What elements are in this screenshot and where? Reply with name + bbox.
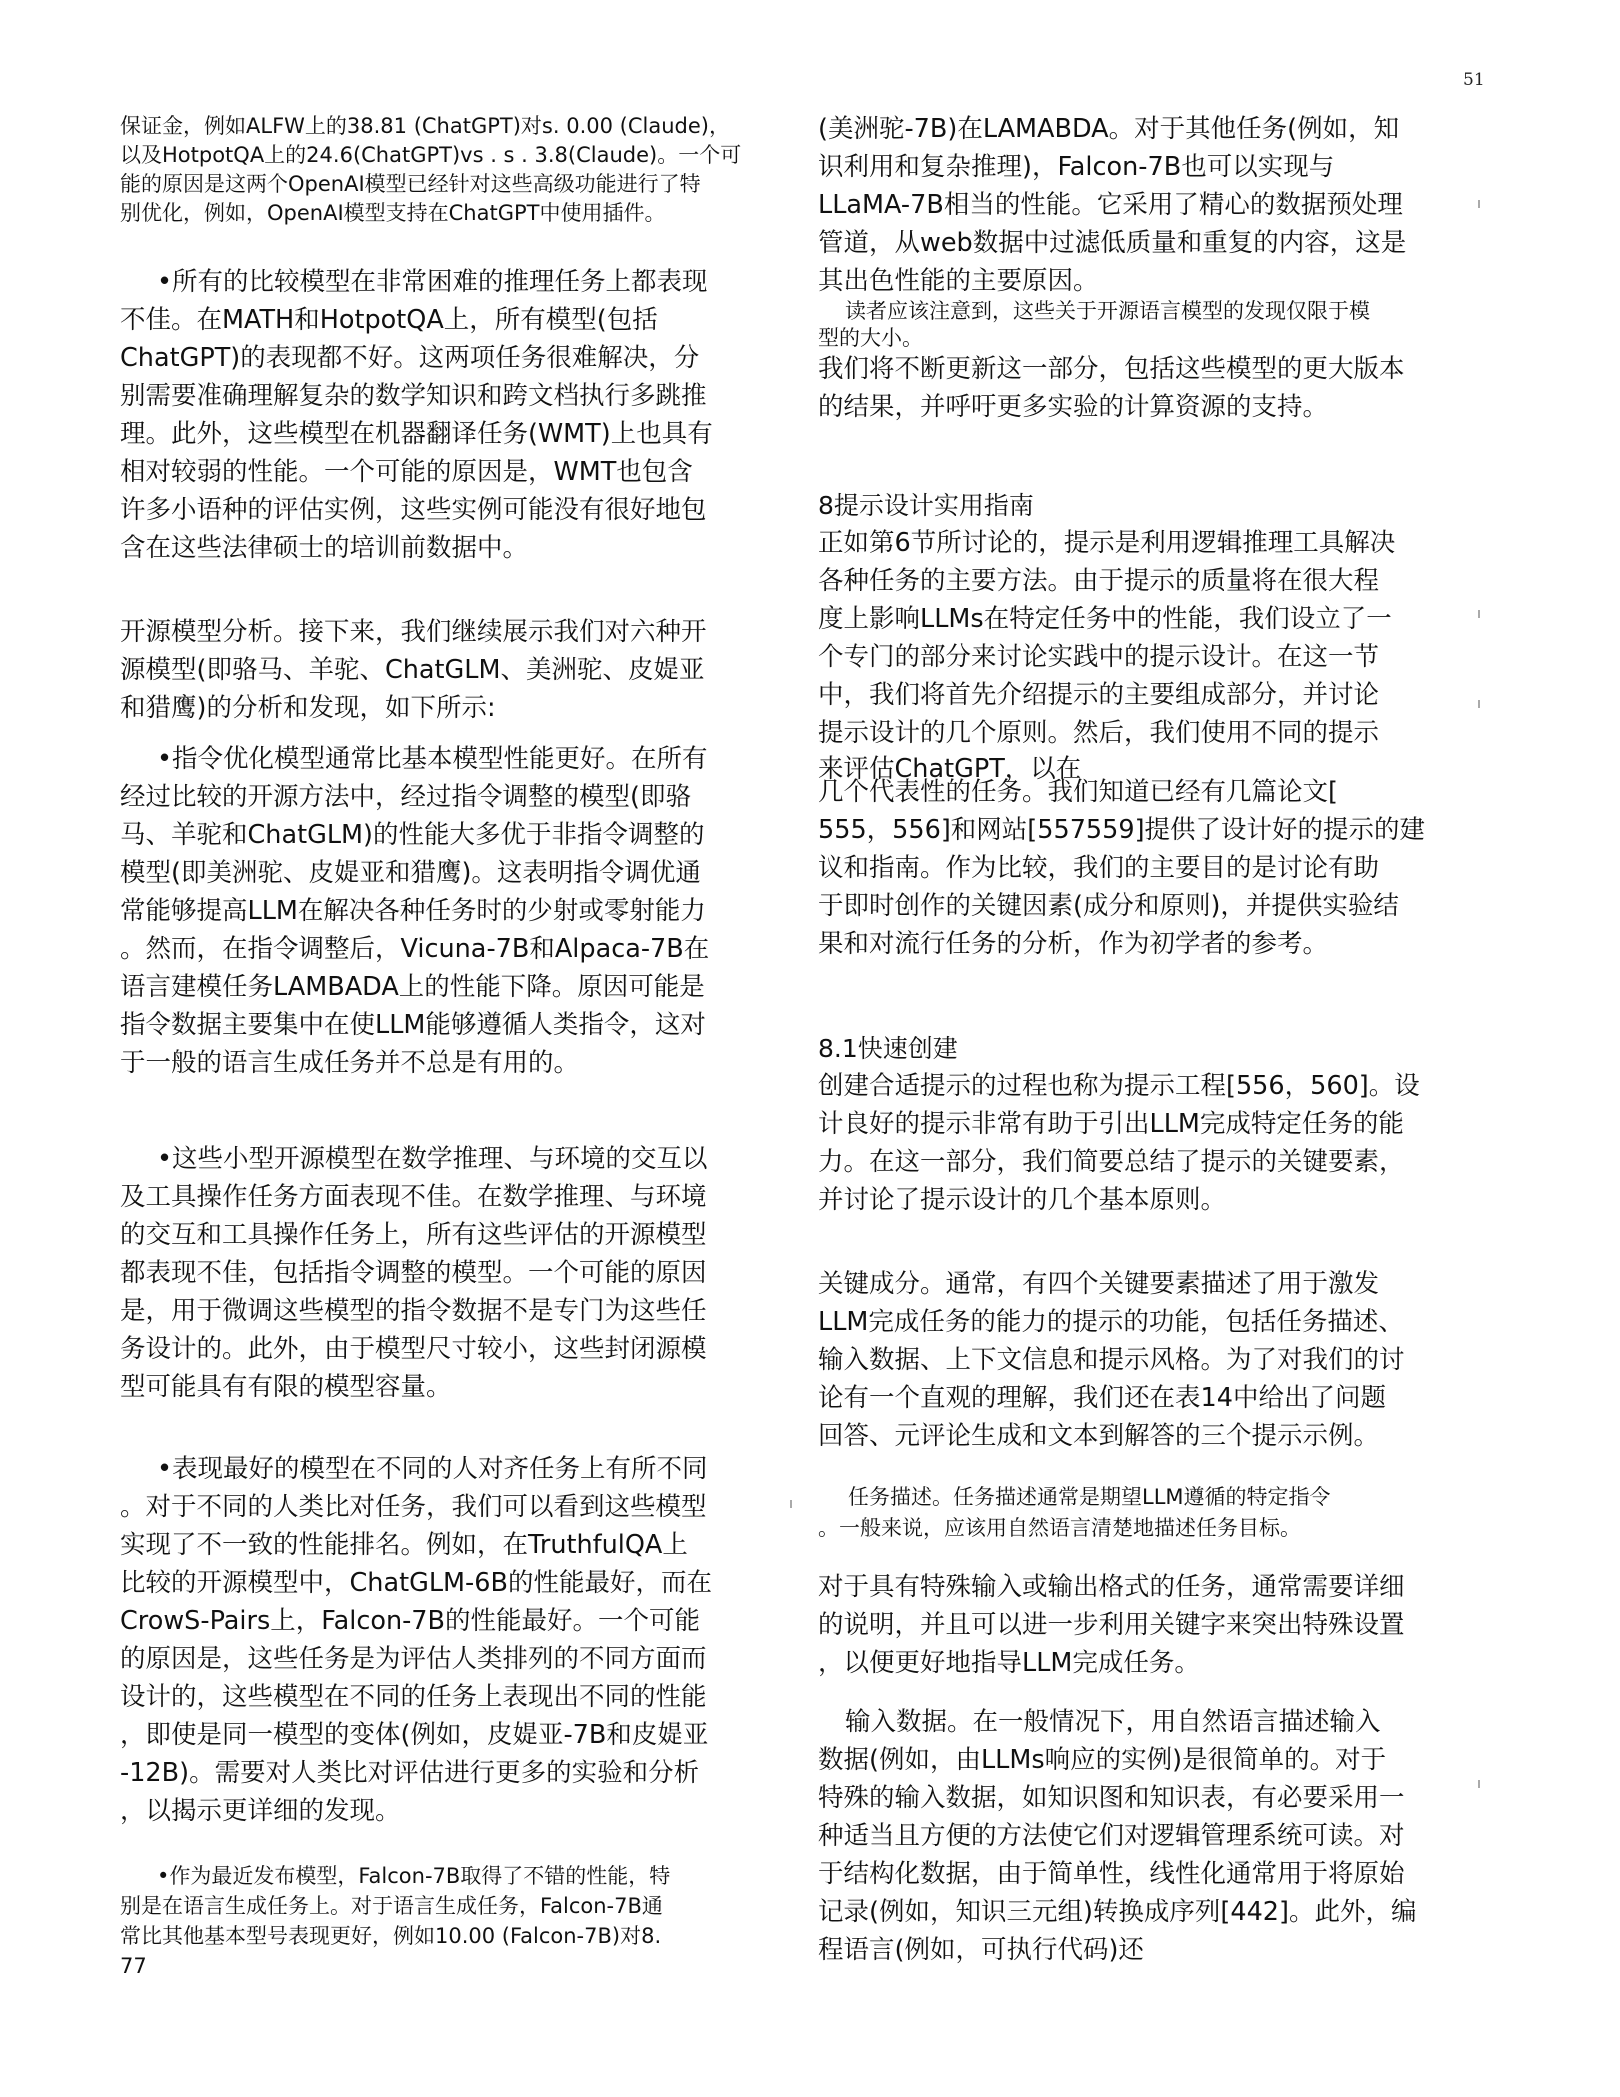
- text-line: 其出色性能的主要原因。: [818, 269, 1099, 295]
- text-line: 个专门的部分来讨论实践中的提示设计。在这一节: [818, 645, 1379, 671]
- text-line: 是，用于微调这些模型的指令数据不是专门为这些任: [120, 1299, 707, 1325]
- scan-artifact: [1478, 1780, 1480, 1788]
- text-line: 种适当且方便的方法使它们对逻辑管理系统可读。对: [818, 1824, 1405, 1850]
- text-line: 各种任务的主要方法。由于提示的质量将在很大程: [818, 569, 1379, 595]
- text-line: 常比其他基本型号表现更好，例如10.00 (Falcon-7B)对8.: [120, 1926, 661, 1947]
- text-line: 都表现不佳，包括指令调整的模型。一个可能的原因: [120, 1261, 707, 1287]
- text-line: •表现最好的模型在不同的人对齐任务上有所不同: [157, 1457, 708, 1483]
- text-line: ，以揭示更详细的发现。: [120, 1799, 401, 1825]
- text-line: 别需要准确理解复杂的数学知识和跨文档执行多跳推: [120, 384, 707, 410]
- text-line: 议和指南。作为比较，我们的主要目的是讨论有助: [818, 856, 1379, 882]
- scan-artifact: [1478, 200, 1480, 208]
- text-line: 实现了不一致的性能排名。例如，在TruthfulQA上: [120, 1533, 688, 1559]
- scan-artifact: [1478, 610, 1480, 618]
- text-line: 能的原因是这两个OpenAI模型已经针对这些高级功能进行了特: [120, 174, 701, 195]
- text-line: 。对于不同的人类比对任务，我们可以看到这些模型: [120, 1495, 707, 1521]
- section-heading: 8.1快速创建: [818, 1036, 958, 1061]
- text-line: 特殊的输入数据，如知识图和知识表，有必要采用一: [818, 1786, 1405, 1812]
- text-line: 相对较弱的性能。一个可能的原因是，WMT也包含: [120, 460, 693, 486]
- text-line: 。一般来说，应该用自然语言清楚地描述任务目标。: [818, 1518, 1301, 1539]
- text-line: 关键成分。通常，有四个关键要素描述了用于激发: [818, 1272, 1379, 1298]
- text-line: •所有的比较模型在非常困难的推理任务上都表现: [157, 270, 708, 296]
- text-line: 创建合适提示的过程也称为提示工程[556，560]。设: [818, 1074, 1420, 1100]
- text-line: 我们将不断更新这一部分，包括这些模型的更大版本: [818, 357, 1405, 383]
- text-line: 于结构化数据，由于简单性，线性化通常用于将原始: [818, 1862, 1405, 1888]
- text-line: 设计的，这些模型在不同的任务上表现出不同的性能: [120, 1685, 707, 1711]
- text-line: ，即使是同一模型的变体(例如，皮媞亚-7B和皮媞亚: [120, 1723, 708, 1749]
- text-line: •这些小型开源模型在数学推理、与环境的交互以: [157, 1147, 708, 1173]
- text-line: 输入数据、上下文信息和提示风格。为了对我们的讨: [818, 1348, 1405, 1374]
- text-line: 的原因是，这些任务是为评估人类排列的不同方面而: [120, 1647, 707, 1673]
- text-line: 含在这些法律硕士的培训前数据中。: [120, 536, 528, 562]
- scan-artifact: [1478, 700, 1480, 708]
- text-line: 开源模型分析。接下来，我们继续展示我们对六种开: [120, 620, 707, 646]
- text-line: 模型(即美洲驼、皮媞亚和猎鹰)。这表明指令调优通: [120, 861, 701, 887]
- page-number: 51: [1463, 70, 1485, 90]
- text-line: 管道，从web数据中过滤低质量和重复的内容，这是: [818, 231, 1406, 257]
- text-line: 程语言(例如，可执行代码)还: [818, 1938, 1144, 1964]
- text-line: LLaMA-7B相当的性能。它采用了精心的数据预处理: [818, 193, 1403, 219]
- text-line: 中，我们将首先介绍提示的主要组成部分，并讨论: [818, 683, 1379, 709]
- text-line: 及工具操作任务方面表现不佳。在数学推理、与环境: [120, 1185, 707, 1211]
- text-line: 常能够提高LLM在解决各种任务时的少射或零射能力: [120, 899, 706, 925]
- text-line: 于即时创作的关键因素(成分和原则)，并提供实验结: [818, 894, 1399, 920]
- text-line: 型可能具有有限的模型容量。: [120, 1375, 452, 1401]
- text-line: 提示设计的几个原则。然后，我们使用不同的提示: [818, 721, 1379, 747]
- text-line: 别优化，例如，OpenAI模型支持在ChatGPT中使用插件。: [120, 203, 666, 224]
- text-line: 语言建模任务LAMBADA上的性能下降。原因可能是: [120, 975, 705, 1001]
- text-line: 于一般的语言生成任务并不总是有用的。: [120, 1051, 579, 1077]
- text-line: 77: [120, 1956, 147, 1977]
- text-line: 几个代表性的任务。我们知道已经有几篇论文[: [818, 780, 1338, 806]
- text-line: 力。在这一部分，我们简要总结了提示的关键要素，: [818, 1150, 1405, 1176]
- text-line: 比较的开源模型中，ChatGLM-6B的性能最好，而在: [120, 1571, 712, 1597]
- text-line: (美洲驼-7B)在LAMABDA。对于其他任务(例如，知: [818, 117, 1399, 143]
- text-line: 型的大小。: [818, 328, 923, 349]
- text-line: CrowS-Pairs上，Falcon-7B的性能最好。一个可能: [120, 1609, 700, 1635]
- text-line: •指令优化模型通常比基本模型性能更好。在所有: [157, 747, 708, 773]
- text-line: 论有一个直观的理解，我们还在表14中给出了问题: [818, 1386, 1386, 1412]
- text-line: 任务描述。任务描述通常是期望LLM遵循的特定指令: [848, 1487, 1331, 1508]
- text-line: 指令数据主要集中在使LLM能够遵循人类指令，这对: [120, 1013, 706, 1039]
- text-line: 不佳。在MATH和HotpotQA上，所有模型(包括: [120, 308, 658, 334]
- text-line: 马、羊驼和ChatGLM)的性能大多优于非指令调整的: [120, 823, 705, 849]
- text-line: 别是在语言生成任务上。对于语言生成任务，Falcon-7B通: [120, 1896, 663, 1917]
- text-line: 保证金，例如ALFW上的38.81 (ChatGPT)对s. 0.00 (Cla…: [120, 116, 730, 137]
- text-line: 数据(例如，由LLMs响应的实例)是很简单的。对于: [818, 1748, 1386, 1774]
- text-line: 识利用和复杂推理)，Falcon-7B也可以实现与: [818, 155, 1334, 181]
- text-line: 输入数据。在一般情况下，用自然语言描述输入: [845, 1710, 1381, 1736]
- scan-artifact: [790, 1500, 792, 1508]
- text-line: 理。此外，这些模型在机器翻译任务(WMT)上也具有: [120, 422, 713, 448]
- text-line: 果和对流行任务的分析，作为初学者的参考。: [818, 932, 1328, 958]
- text-line: 度上影响LLMs在特定任务中的性能，我们设立了一: [818, 607, 1392, 633]
- text-line: ，以便更好地指导LLM完成任务。: [818, 1651, 1200, 1677]
- text-line: 读者应该注意到，这些关于开源语言模型的发现仅限于模: [845, 301, 1370, 322]
- text-line: 对于具有特殊输入或输出格式的任务，通常需要详细: [818, 1575, 1405, 1601]
- text-line: 和猎鹰)的分析和发现，如下所示:: [120, 696, 496, 722]
- text-line: 回答、元评论生成和文本到解答的三个提示示例。: [818, 1424, 1379, 1450]
- text-line: 。然而，在指令调整后，Vicuna-7B和Alpaca-7B在: [120, 937, 709, 963]
- text-line: 许多小语种的评估实例，这些实例可能没有很好地包: [120, 498, 707, 524]
- text-line: 正如第6节所讨论的，提示是利用逻辑推理工具解决: [818, 531, 1395, 557]
- text-line: LLM完成任务的能力的提示的功能，包括任务描述、: [818, 1310, 1404, 1336]
- text-line: 源模型(即骆马、羊驼、ChatGLM、美洲驼、皮媞亚: [120, 658, 705, 684]
- text-line: 555，556]和网站[557559]提供了设计好的提示的建: [818, 818, 1425, 844]
- text-line: 经过比较的开源方法中，经过指令调整的模型(即骆: [120, 785, 691, 811]
- text-line: ChatGPT)的表现都不好。这两项任务很难解决，分: [120, 346, 699, 372]
- text-line: 计良好的提示非常有助于引出LLM完成特定任务的能: [818, 1112, 1404, 1138]
- text-line: 务设计的。此外，由于模型尺寸较小，这些封闭源模: [120, 1337, 707, 1363]
- text-line: 并讨论了提示设计的几个基本原则。: [818, 1188, 1226, 1214]
- text-line: 以及HotpotQA上的24.6(ChatGPT)vs . s . 3.8(Cl…: [120, 145, 741, 166]
- text-line: 的结果，并呼吁更多实验的计算资源的支持。: [818, 395, 1328, 421]
- text-line: 记录(例如，知识三元组)转换成序列[442]。此外，编: [818, 1900, 1416, 1926]
- text-line: -12B)。需要对人类比对评估进行更多的实验和分析: [120, 1761, 699, 1787]
- text-line: 的说明，并且可以进一步利用关键字来突出特殊设置: [818, 1613, 1405, 1639]
- section-heading: 8提示设计实用指南: [818, 493, 1034, 518]
- text-line: 的交互和工具操作任务上，所有这些评估的开源模型: [120, 1223, 707, 1249]
- text-line: •作为最近发布模型，Falcon-7B取得了不错的性能，特: [157, 1866, 670, 1887]
